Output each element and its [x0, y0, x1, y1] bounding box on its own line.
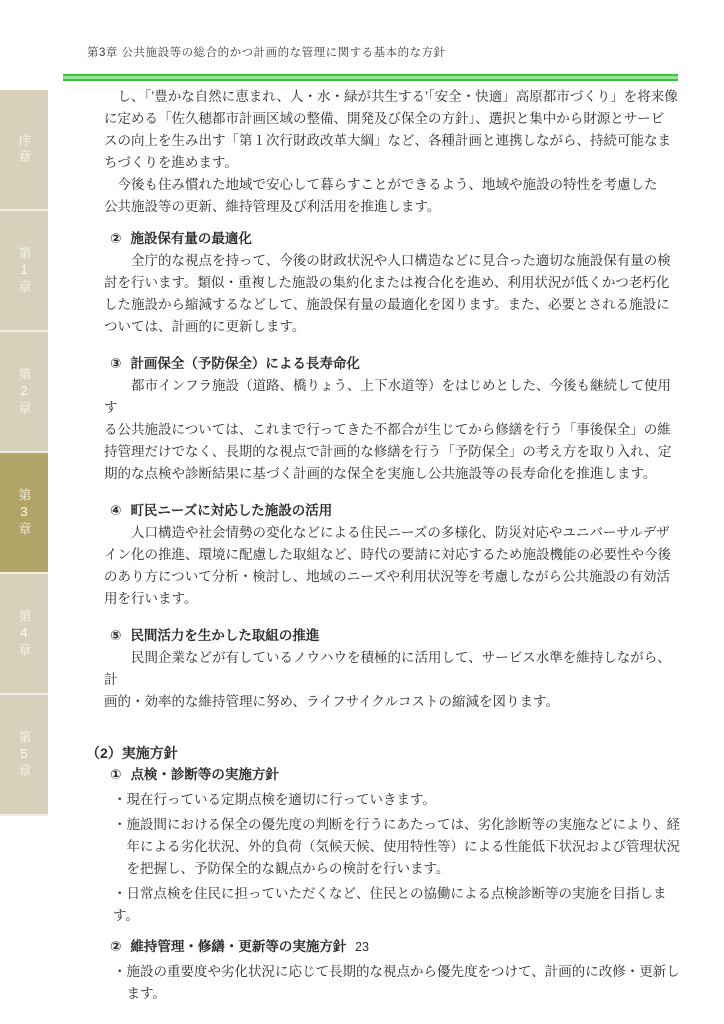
section-title: 施設保有量の最適化	[130, 231, 252, 246]
sidebar-tab-label: 第1章	[18, 246, 31, 296]
section-number: ③	[110, 356, 121, 371]
bullet-item: ・現在行っている定期点検を適切に行っていきます。	[113, 789, 682, 811]
section-facility-holdings: ②施設保有量の最適化 全庁的な視点を持って、今後の財政状況や人口構造などに見合っ…	[104, 228, 682, 338]
chapter-tab-sidebar: 序章 第1章 第2章 第3章 第4章 第5章	[0, 90, 48, 816]
section-body: 人口構造や社会情勢の変化などによる住民ニーズの多様化、防災対応やユニバーサルデザ…	[104, 522, 682, 610]
bullet-item: ・日常点検を住民に担っていただくなど、住民との協働による点検診断等の実施を目指し…	[113, 883, 682, 927]
implementation-policy-heading: （2）実施方針	[86, 742, 682, 764]
subsection-title: 点検・診断等の実施方針	[130, 767, 279, 782]
sidebar-tab-chapter1[interactable]: 第1章	[0, 211, 48, 332]
chapter-header-title: 第3章 公共施設等の総合的かつ計画的な管理に関する基本的な方針	[87, 44, 446, 60]
document-page: 第3章 公共施設等の総合的かつ計画的な管理に関する基本的な方針 序章 第1章 第…	[0, 0, 724, 1024]
page-body: し、「’豊かな自然に恵まれ、人・水・緑が共生する’「安全・快適」高原都市づくり」…	[104, 86, 682, 1005]
sidebar-tab-intro[interactable]: 序章	[0, 90, 48, 211]
section-citizen-needs: ④町民ニーズに対応した施設の活用 人口構造や社会情勢の変化などによる住民ニーズの…	[104, 500, 682, 610]
section-heading: ②施設保有量の最適化	[110, 228, 682, 250]
subsection-inspection-policy: ①点検・診断等の実施方針 ・現在行っている定期点検を適切に行っていきます。 ・施…	[104, 764, 682, 927]
subsection-number: ①	[110, 767, 121, 782]
page-number: 23	[0, 940, 724, 954]
sidebar-tab-label: 第3章	[18, 488, 31, 538]
intro-paragraph-2: 今後も住み慣れた地域で安心して暮らすことができるよう、地域や施設の特性を考慮した…	[104, 174, 682, 218]
section-title: 町民ニーズに対応した施設の活用	[130, 503, 332, 518]
section-number: ②	[110, 231, 121, 246]
sidebar-tab-chapter2[interactable]: 第2章	[0, 332, 48, 453]
section-preventive-maintenance: ③計画保全（予防保全）による長寿命化 都市インフラ施設（道路、橋りょう、上下水道…	[104, 353, 682, 485]
section-number: ④	[110, 503, 121, 518]
sidebar-tab-label: 第5章	[18, 730, 31, 780]
sidebar-tab-label: 第2章	[18, 367, 31, 417]
sidebar-tab-chapter4[interactable]: 第4章	[0, 574, 48, 695]
sidebar-tab-label: 序章	[18, 134, 31, 166]
section-title: 民間活力を生かした取組の推進	[130, 628, 319, 643]
section-body: 全庁的な視点を持って、今後の財政状況や人口構造などに見合った適切な施設保有量の検…	[104, 250, 682, 338]
sidebar-tab-chapter3-active[interactable]: 第3章	[0, 453, 48, 574]
intro-paragraph-1: し、「’豊かな自然に恵まれ、人・水・緑が共生する’「安全・快適」高原都市づくり」…	[104, 86, 682, 174]
bullet-item: ・施設間における保全の優先度の判断を行うにあたっては、劣化診断等の実施などにより…	[113, 814, 682, 880]
section-private-sector: ⑤民間活力を生かした取組の推進 民間企業などが有しているノウハウを積極的に活用し…	[104, 625, 682, 713]
sidebar-tab-label: 第4章	[18, 609, 31, 659]
section-heading: ⑤民間活力を生かした取組の推進	[110, 625, 682, 647]
sidebar-tab-chapter5[interactable]: 第5章	[0, 695, 48, 816]
bullet-item: ・施設の重要度や劣化状況に応じて長期的な視点から優先度をつけて、計画的に改修・更…	[113, 961, 682, 1005]
implementation-policy-block: （2）実施方針 ①点検・診断等の実施方針 ・現在行っている定期点検を適切に行って…	[104, 742, 682, 1005]
section-body: 都市インフラ施設（道路、橋りょう、上下水道等）をはじめとした、今後も継続して使用…	[104, 375, 682, 485]
section-heading: ④町民ニーズに対応した施設の活用	[110, 500, 682, 522]
section-body: 民間企業などが有しているノウハウを積極的に活用して、サービス水準を維持しながら、…	[104, 647, 682, 713]
section-number: ⑤	[110, 628, 121, 643]
section-heading: ③計画保全（予防保全）による長寿命化	[110, 353, 682, 375]
header-accent-rule	[63, 74, 678, 81]
subsection-heading: ①点検・診断等の実施方針	[110, 764, 682, 786]
section-title: 計画保全（予防保全）による長寿命化	[130, 356, 360, 371]
